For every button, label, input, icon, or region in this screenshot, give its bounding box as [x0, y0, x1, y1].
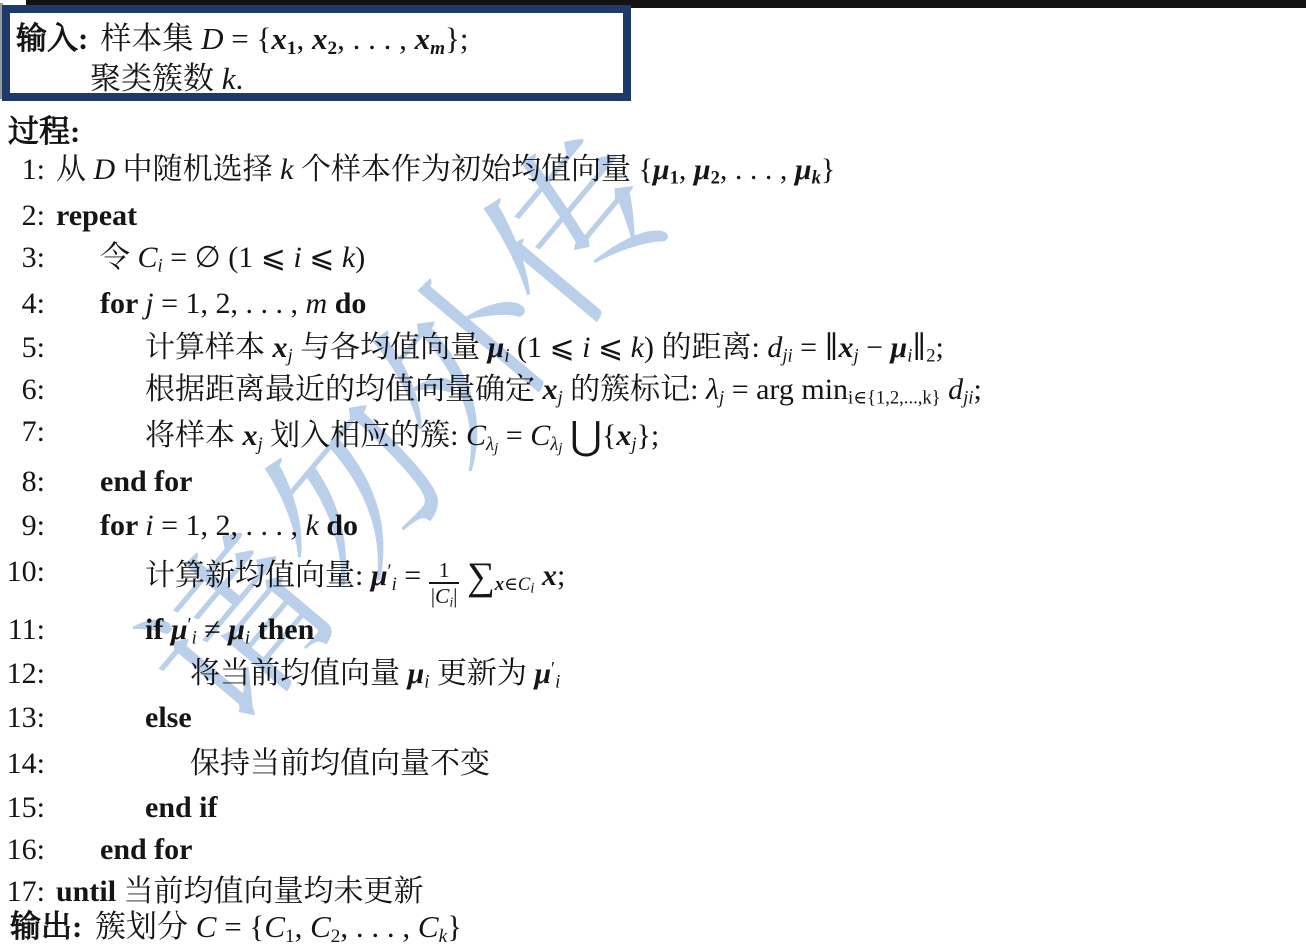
text-run: ) 的距离:	[644, 331, 767, 364]
text-run: D	[94, 153, 116, 186]
text-run: 2	[926, 346, 935, 367]
text-run: j	[145, 287, 153, 320]
text-run: 2	[327, 38, 337, 59]
line-content: repeat	[56, 196, 137, 235]
text-run: =	[397, 559, 429, 592]
line-number: 4:	[0, 284, 45, 323]
text-run: i	[293, 241, 301, 274]
text-run: x	[838, 331, 853, 364]
text-run: 样本集	[100, 21, 201, 56]
line-content: 从 D 中随机选择 k 个样本作为初始均值向量 {μ1, μ2, . . . ,…	[56, 150, 835, 191]
text-run: };	[445, 21, 469, 56]
text-run: end for	[100, 833, 193, 866]
input-line-1: 输入:样本集 D = {x1, x2, . . . , xm};	[16, 20, 469, 60]
text-run: .	[236, 61, 244, 96]
text-run: if	[145, 613, 171, 646]
fraction: 1|Ci|	[429, 558, 460, 611]
text-run: = ∅ (1 ⩽	[163, 241, 294, 274]
algorithm-figure-page: 输入:样本集 D = {x1, x2, . . . , xm}; 聚类簇数 k.…	[0, 0, 1306, 952]
text-run: d	[948, 373, 963, 406]
text-run: 保持当前均值向量不变	[190, 747, 490, 780]
text-run: μ	[891, 331, 908, 364]
text-run: 个样本作为初始均值向量	[294, 153, 639, 186]
output-label: 输出:	[10, 908, 82, 947]
text-run: 2	[331, 926, 341, 947]
line-number: 6:	[0, 370, 45, 409]
line-content: 将当前均值向量 μi 更新为 μ′i	[190, 654, 560, 695]
text-run: μ	[488, 331, 505, 364]
text-run: μ	[228, 613, 245, 646]
text-run: 1	[670, 168, 679, 189]
line-content: 根据距离最近的均值向量确定 xj 的簇标记: λj = arg mini∈{1,…	[145, 370, 982, 411]
text-run: 簇划分	[95, 909, 196, 944]
line-content: end for	[100, 462, 193, 501]
text-run: k	[342, 241, 355, 274]
text-run: 聚类簇数	[90, 61, 222, 96]
text-run: x	[542, 559, 557, 592]
text-run: i∈{1,2,...,k}	[848, 388, 941, 409]
text-run: for	[100, 509, 145, 542]
text-run: k	[439, 926, 448, 947]
text-run: i	[555, 672, 560, 693]
text-run: k	[812, 168, 821, 189]
input-line-2: 聚类簇数 k.	[90, 60, 243, 97]
text-run: x	[415, 21, 431, 56]
text-run: k	[280, 153, 293, 186]
text-run: = 1, 2, . . . ,	[154, 287, 306, 320]
text-run: x	[495, 574, 504, 595]
text-run: i	[582, 331, 590, 364]
text-run: , . . . ,	[340, 909, 418, 944]
line-content: 保持当前均值向量不变	[190, 744, 490, 783]
cluster-count-content: 聚类簇数 k.	[90, 61, 243, 96]
line-number: 12:	[0, 654, 45, 693]
text-run: C	[418, 909, 439, 944]
text-run: then	[250, 613, 314, 646]
text-run	[562, 419, 570, 452]
text-run: {	[602, 419, 616, 452]
text-run: = ∥	[793, 331, 839, 364]
text-run: = {	[223, 21, 271, 56]
text-run	[941, 373, 949, 406]
text-run: }	[447, 909, 462, 944]
text-run: ji	[782, 346, 792, 367]
text-run: 中随机选择	[115, 153, 280, 186]
text-run: 与各均值向量	[293, 331, 488, 364]
text-run: 根据距离最近的均值向量确定	[145, 373, 543, 406]
text-run: 计算样本	[145, 331, 273, 364]
text-run: x	[616, 419, 631, 452]
line-number: 1:	[0, 150, 45, 189]
text-run: λ	[486, 434, 494, 455]
text-run: ⋃	[570, 415, 602, 458]
text-run: μ	[371, 559, 388, 592]
line-content: end if	[145, 788, 218, 827]
text-run: μ	[171, 613, 188, 646]
line-content: until 当前均值向量均未更新	[56, 872, 424, 911]
text-run	[459, 559, 467, 592]
text-run: )	[355, 241, 365, 274]
text-run: end for	[100, 465, 193, 498]
text-run: do	[327, 287, 366, 320]
text-run: m	[306, 287, 328, 320]
text-run: = {	[216, 909, 264, 944]
text-run: ∈	[504, 574, 518, 595]
text-run: ;	[557, 559, 565, 592]
text-run: ;	[973, 373, 981, 406]
line-content: 将样本 xj 划入相应的簇: Cλj = Cλj ⋃{xj};	[145, 412, 659, 463]
output-content: 簇划分 C = {C1, C2, . . . , Ck}	[95, 908, 462, 949]
text-run: ,	[679, 153, 694, 186]
text-run: 从	[56, 153, 94, 186]
text-run: 的簇标记:	[563, 373, 706, 406]
line-content: end for	[100, 830, 193, 869]
text-run: = arg min	[724, 373, 848, 406]
line-content: 令 Ci = ∅ (1 ⩽ i ⩽ k)	[100, 238, 365, 279]
text-run: 将样本	[145, 419, 243, 452]
text-run: 计算新均值向量:	[145, 559, 371, 592]
text-run: }	[821, 153, 835, 186]
text-run: , . . . ,	[720, 153, 795, 186]
text-run: C	[138, 241, 158, 274]
text-run: C	[196, 909, 217, 944]
text-run: 1	[285, 926, 295, 947]
line-number: 13:	[0, 698, 45, 737]
text-run: ≠	[197, 613, 228, 646]
text-run: μ	[795, 153, 812, 186]
text-run: ,	[295, 909, 311, 944]
text-run: μ	[653, 153, 670, 186]
text-run: else	[145, 701, 192, 734]
text-run: |	[453, 584, 457, 608]
line-number: 14:	[0, 744, 45, 783]
text-run: 1	[287, 38, 297, 59]
input-label: 输入:	[16, 21, 88, 56]
text-run: for	[100, 287, 145, 320]
line-number: 11:	[0, 610, 45, 649]
text-run: k	[306, 509, 319, 542]
text-run: 当前均值向量均未更新	[124, 875, 424, 908]
line-content: if μ′i ≠ μi then	[145, 610, 314, 651]
text-run: ∥	[912, 331, 926, 364]
text-run: k	[631, 331, 644, 364]
line-number: 16:	[0, 830, 45, 869]
text-run: 将当前均值向量	[190, 657, 408, 690]
text-run: x	[312, 21, 328, 56]
text-run: C	[466, 419, 486, 452]
text-run: C	[530, 419, 550, 452]
text-run: ;	[936, 331, 944, 364]
text-run: x	[243, 419, 258, 452]
text-run: C	[518, 574, 530, 595]
line-number: 8:	[0, 462, 45, 501]
text-run: 划入相应的簇:	[263, 419, 466, 452]
line-number: 17:	[0, 872, 45, 911]
text-run: {	[639, 153, 653, 186]
text-run: −	[859, 331, 891, 364]
line-number: 10:	[0, 552, 45, 591]
text-run: m	[430, 38, 445, 59]
text-run: μ	[694, 153, 711, 186]
text-run: λ	[706, 373, 719, 406]
input-content: 样本集 D = {x1, x2, . . . , xm};	[100, 21, 468, 56]
text-run: μ	[408, 657, 425, 690]
text-run: =	[498, 419, 530, 452]
line-number: 2:	[0, 196, 45, 235]
text-run: 令	[100, 241, 138, 274]
line-number: 9:	[0, 506, 45, 545]
text-run: ji	[963, 388, 973, 409]
text-run: x	[271, 21, 287, 56]
text-run: 1	[439, 558, 450, 582]
text-run: };	[637, 419, 660, 452]
text-run: C	[310, 909, 331, 944]
line-number: 7:	[0, 412, 45, 451]
text-run: D	[201, 21, 223, 56]
process-label: 过程:	[8, 106, 80, 151]
text-run: C	[435, 584, 449, 608]
text-run: , . . . ,	[337, 21, 415, 56]
text-run: ,	[296, 21, 312, 56]
text-run: 2	[711, 168, 720, 189]
line-number: 3:	[0, 238, 45, 277]
text-run: ⩽	[591, 331, 631, 364]
text-run: ∑	[467, 555, 495, 598]
text-run: d	[767, 331, 782, 364]
text-run	[534, 559, 542, 592]
line-content: 计算样本 xj 与各均值向量 μi (1 ⩽ i ⩽ k) 的距离: dji =…	[145, 328, 944, 369]
text-run: end if	[145, 791, 218, 824]
text-run: i	[145, 509, 153, 542]
line-number: 5:	[0, 328, 45, 367]
text-run: k	[222, 61, 236, 96]
text-run: μ	[534, 657, 551, 690]
text-run: x	[273, 331, 288, 364]
text-run: 更新为	[429, 657, 534, 690]
text-run: do	[319, 509, 358, 542]
text-run: C	[264, 909, 285, 944]
text-run: repeat	[56, 199, 137, 232]
text-run: (1 ⩽	[510, 331, 583, 364]
text-run: = 1, 2, . . . ,	[154, 509, 306, 542]
line-content: else	[145, 698, 192, 737]
text-run: until	[56, 875, 124, 908]
text-run: x	[543, 373, 558, 406]
line-content: for i = 1, 2, . . . , k do	[100, 506, 358, 545]
line-content: for j = 1, 2, . . . , m do	[100, 284, 366, 323]
line-content: 计算新均值向量: μ′i = 1|Ci| ∑x∈Ci x;	[145, 552, 565, 610]
text-run: ⩽	[302, 241, 342, 274]
line-number: 15:	[0, 788, 45, 827]
